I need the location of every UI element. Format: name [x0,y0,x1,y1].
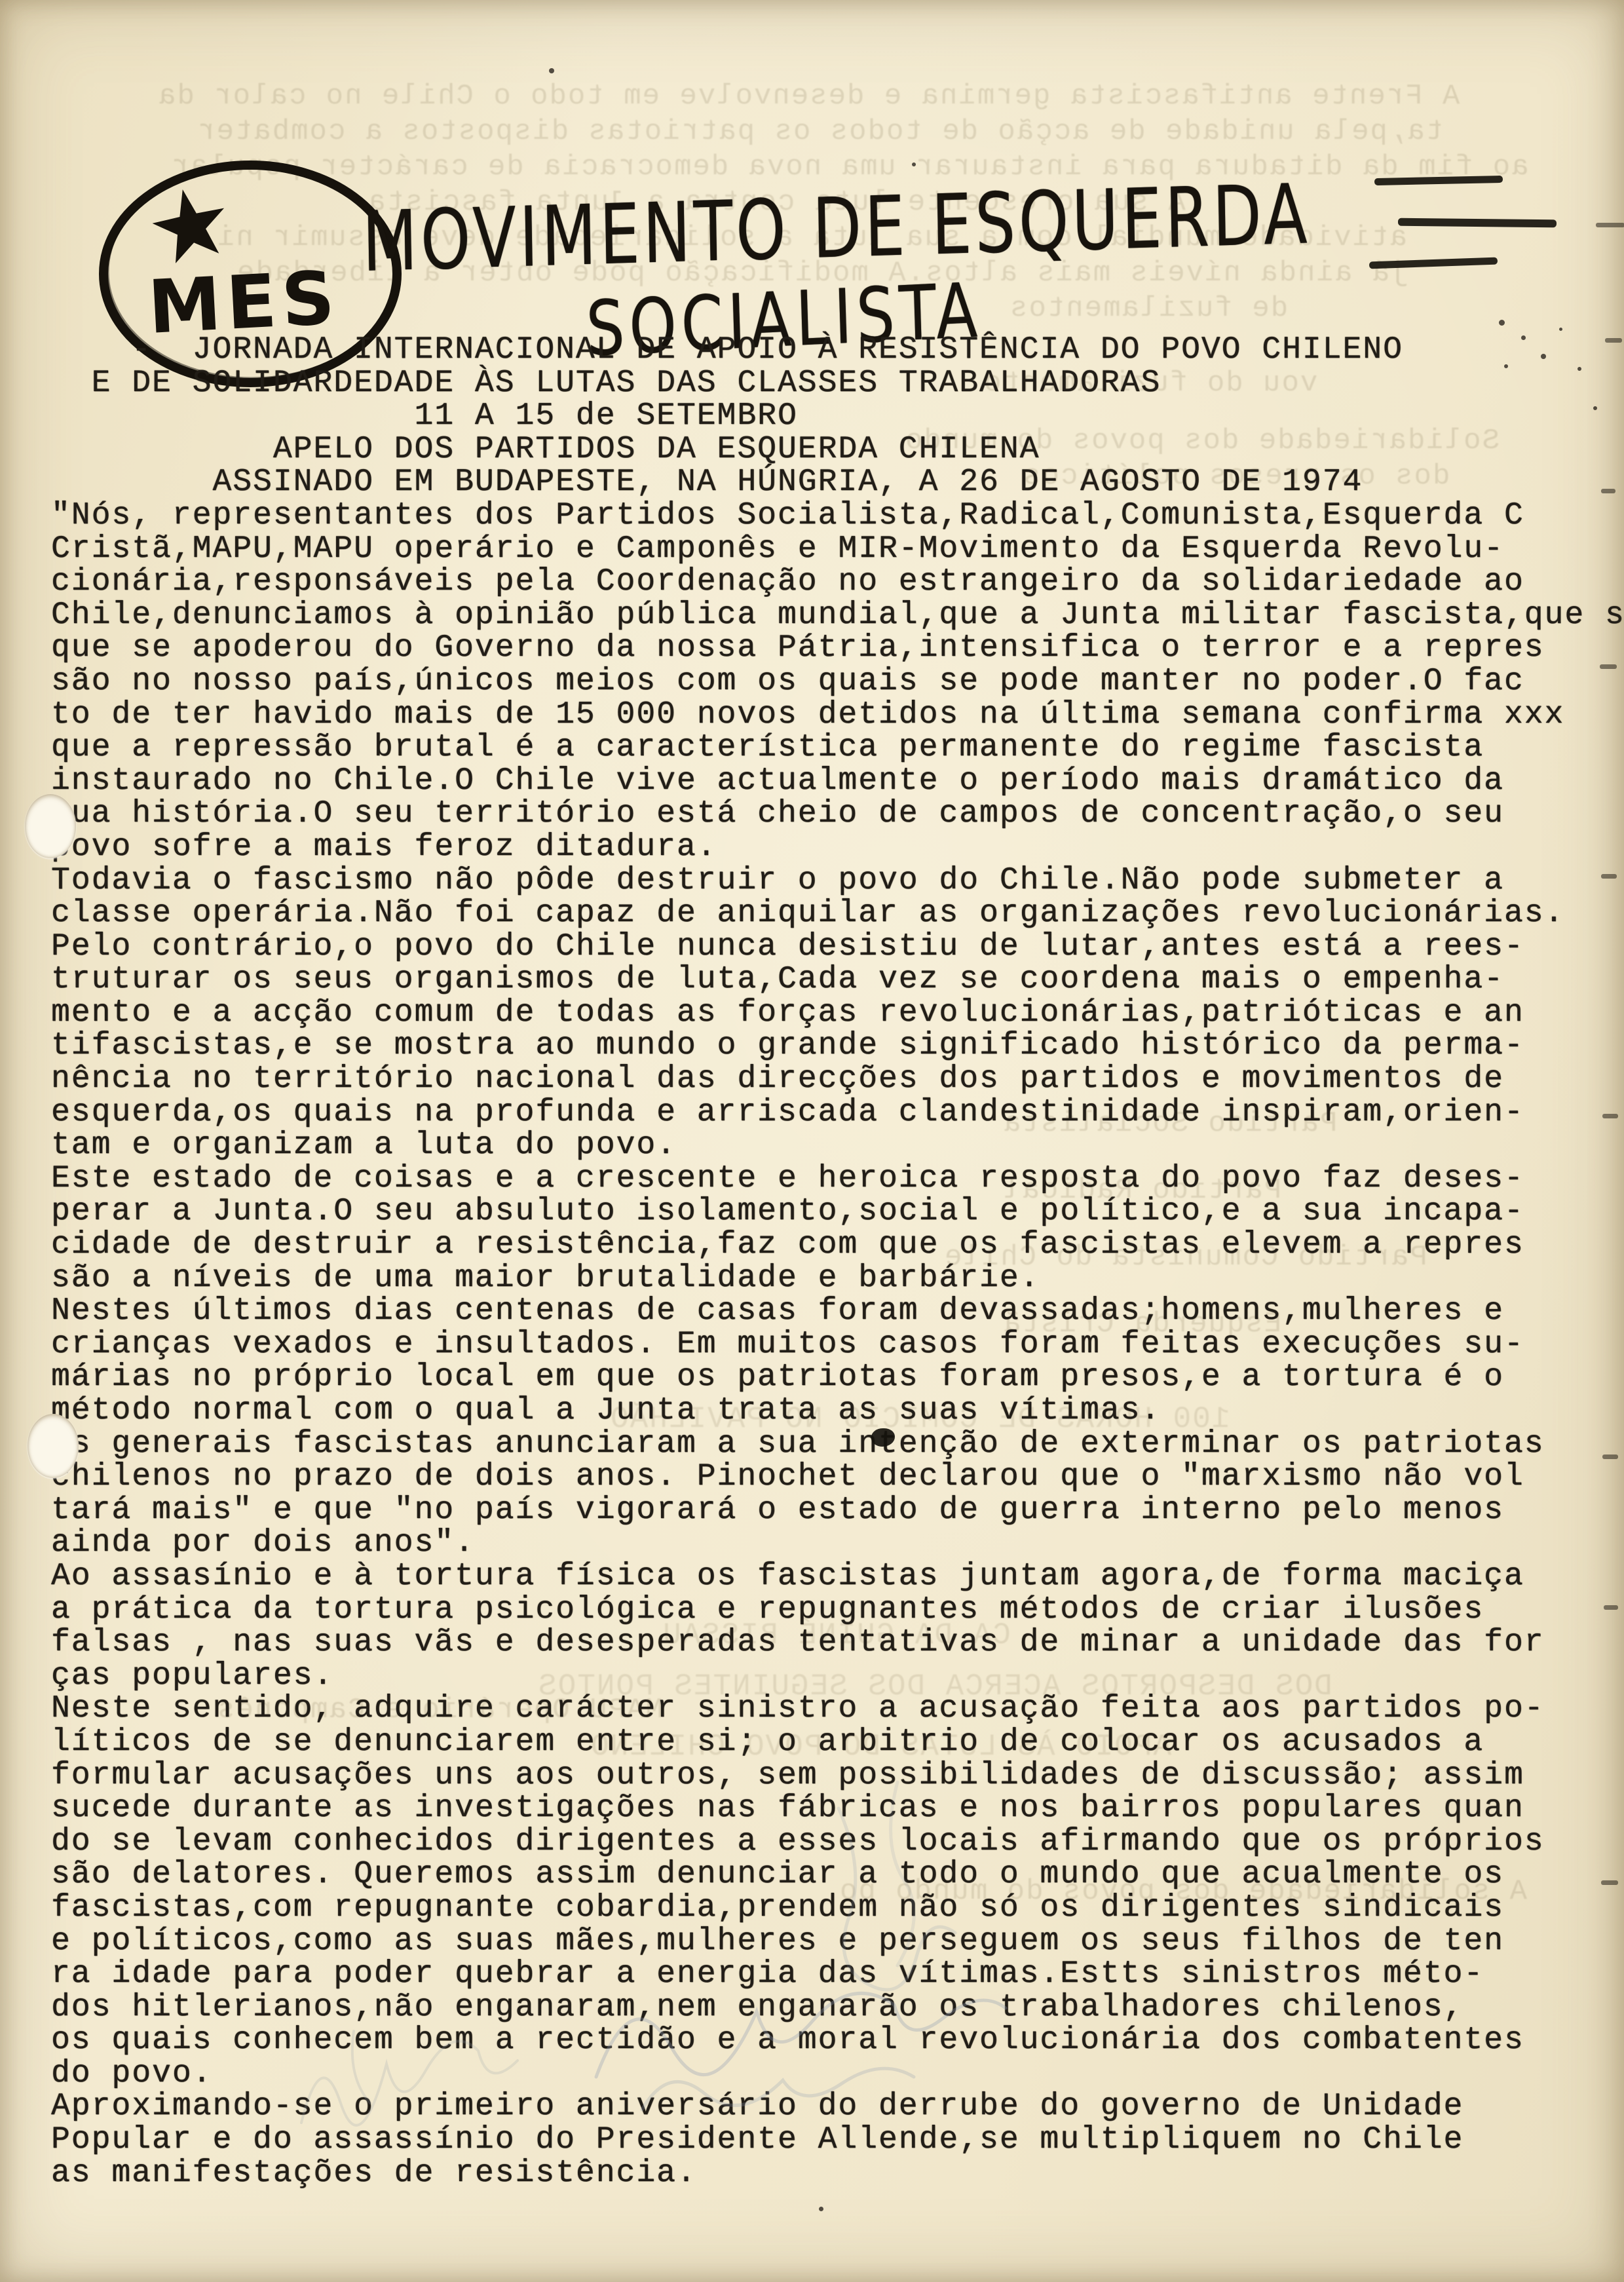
typed-line: crianças vexados e insultados. Em muitos… [51,1328,1624,1361]
typed-line: mento e a acção comum de todas as forças… [51,997,1624,1030]
typed-line: do se levam conhecidos dirigentes a esse… [51,1825,1624,1859]
ghost-line: A Frente antifascista germina e desenvol… [157,80,1460,113]
punch-hole [25,794,76,858]
typed-line: do povo. [51,2057,1624,2091]
typed-line: tifascistas,e se mostra ao mundo o grand… [51,1029,1624,1063]
typed-line: Todavia o fascismo não pôde destruir o p… [51,864,1624,898]
margin-mark [1604,1605,1618,1610]
typed-line: - JORNADA INTERNACIONAL DE APOIO À RESIS… [51,333,1624,367]
typed-line: Este estado de coisas e a crescente e he… [51,1162,1624,1196]
typed-line: dos hitlerianos,não enganaram,nem engana… [51,1991,1624,2025]
typed-line: classe operária.Não foi capaz de aniquil… [51,897,1624,930]
typed-line: são no nosso país,únicos meios com os qu… [51,665,1624,698]
scanned-document-page: A Frente antifascista germina e desenvol… [0,0,1624,2282]
typed-line: Popular e do assassínio do Presidente Al… [51,2123,1624,2157]
typed-line: "Nós, representantes dos Partidos Social… [51,499,1624,533]
typed-line: falsas , nas suas vãs e desesperadas ten… [51,1626,1624,1660]
ghost-line: de fuzilamentos [1009,292,1288,325]
typed-line: a prática da tortura psicológica e repug… [51,1593,1624,1627]
margin-mark [1601,489,1615,493]
ink-speck [1541,354,1546,359]
typewritten-text-block: - JORNADA INTERNACIONAL DE APOIO À RESIS… [51,333,1624,2190]
typed-line: as manifestações de resistência. [51,2157,1624,2190]
typed-line: Nestes últimos dias centenas de casas fo… [51,1295,1624,1328]
typed-line: cionária,responsáveis pela Coordenação n… [51,565,1624,599]
ink-speck [1593,406,1597,410]
typed-line: Chile,denunciamos à opinião pública mund… [51,599,1624,632]
typed-line: que a repressão brutal é a característic… [51,731,1624,765]
ink-speck [549,68,554,73]
typed-line: Aproximando-se o primeiro aniversário do… [51,2090,1624,2123]
typed-line: e políticos,como as suas mães,mulheres e… [51,1925,1624,1958]
margin-mark [1601,1880,1618,1885]
star-icon [147,182,233,267]
margin-mark [1602,1455,1618,1459]
typed-line: os quais conhecem bem a rectidão e a mor… [51,2024,1624,2057]
typed-line: que se apoderou do Governo da nossa Pátr… [51,632,1624,665]
typed-line: Neste sentido, adquire carácter sinistro… [51,1692,1624,1726]
typed-line: instaurado no Chile.O Chile vive actualm… [51,765,1624,798]
typed-line: Pelo contrário,o povo do Chile nunca des… [51,930,1624,964]
typed-line: 11 A 15 de SETEMBRO [51,400,1624,433]
typed-line: márias no próprio local em que os patrio… [51,1361,1624,1394]
hand-stroke [1369,257,1498,269]
typed-line: são a níveis de uma maior brutalidade e … [51,1262,1624,1295]
typed-line: Os generais fascistas anunciaram a sua i… [51,1428,1624,1461]
masthead-title-line1: MOVIMENTO DE ESQUERDA [362,166,1312,290]
typed-line: nência no território nacional das direcç… [51,1063,1624,1096]
ink-speck [912,162,916,166]
typed-line: tam e organizam a luta do povo. [51,1129,1624,1162]
typed-line: são delatores. Queremos assim denunciar … [51,1858,1624,1892]
typed-line: esquerda,os quais na profunda e arriscad… [51,1096,1624,1130]
ink-speck [1577,367,1581,371]
typed-line: truturar os seus organismos de luta,Cada… [51,963,1624,997]
typed-line: chilenos no prazo de dois anos. Pinochet… [51,1460,1624,1494]
ink-speck [1504,364,1508,368]
ink-speck [1521,335,1526,340]
margin-mark [1600,664,1617,669]
typed-line: método normal com o qual a Junta trata a… [51,1394,1624,1428]
hand-stroke [1374,176,1503,185]
hand-stroke [1398,218,1557,228]
margin-mark [1601,874,1617,879]
margin-mark [1602,1114,1618,1118]
typed-line: sua história.O seu território está cheio… [51,797,1624,831]
typed-line: Cristã,MAPU,MAPU operário e Camponês e M… [51,533,1624,566]
typed-line: fascistas,com repugnante cobardia,prende… [51,1892,1624,1925]
typed-line: povo sofre a mais feroz ditadura. [51,831,1624,864]
typed-line: formular acusações uns aos outros, sem p… [51,1759,1624,1793]
ink-speck [819,2207,823,2211]
typed-line: E DE SOLIDARDEDADE ÀS LUTAS DAS CLASSES … [51,367,1624,400]
typed-line: Ao assasínio e à tortura física os fasci… [51,1560,1624,1593]
typed-line: sucede durante as investigações nas fábr… [51,1792,1624,1825]
margin-mark [1596,223,1624,227]
typed-line: perar a Junta.O seu absuluto isolamento,… [51,1195,1624,1228]
typed-line: to de ter havido mais de 15 000 novos de… [51,698,1624,732]
typed-line: cidade de destruir a resistência,faz com… [51,1228,1624,1262]
ink-speck [1499,320,1505,326]
typed-line: ASSINADO EM BUDAPESTE, NA HÚNGRIA, A 26 … [51,466,1624,499]
typed-line: ças populares. [51,1660,1624,1693]
typed-line: ra idade para poder quebrar a energia da… [51,1958,1624,1991]
punch-hole [28,1414,79,1478]
typed-line: tará mais" e que "no país vigorará o est… [51,1494,1624,1527]
ink-speck [1559,328,1562,331]
typed-line: ainda por dois anos". [51,1527,1624,1560]
typed-line: líticos de se denunciarem entre si; o ar… [51,1726,1624,1759]
margin-mark [1605,338,1622,343]
typed-line: APELO DOS PARTIDOS DA ESQUERDA CHILENA [51,433,1624,466]
ghost-line: ta,pela unidade de acção de todos os pat… [197,115,1443,148]
